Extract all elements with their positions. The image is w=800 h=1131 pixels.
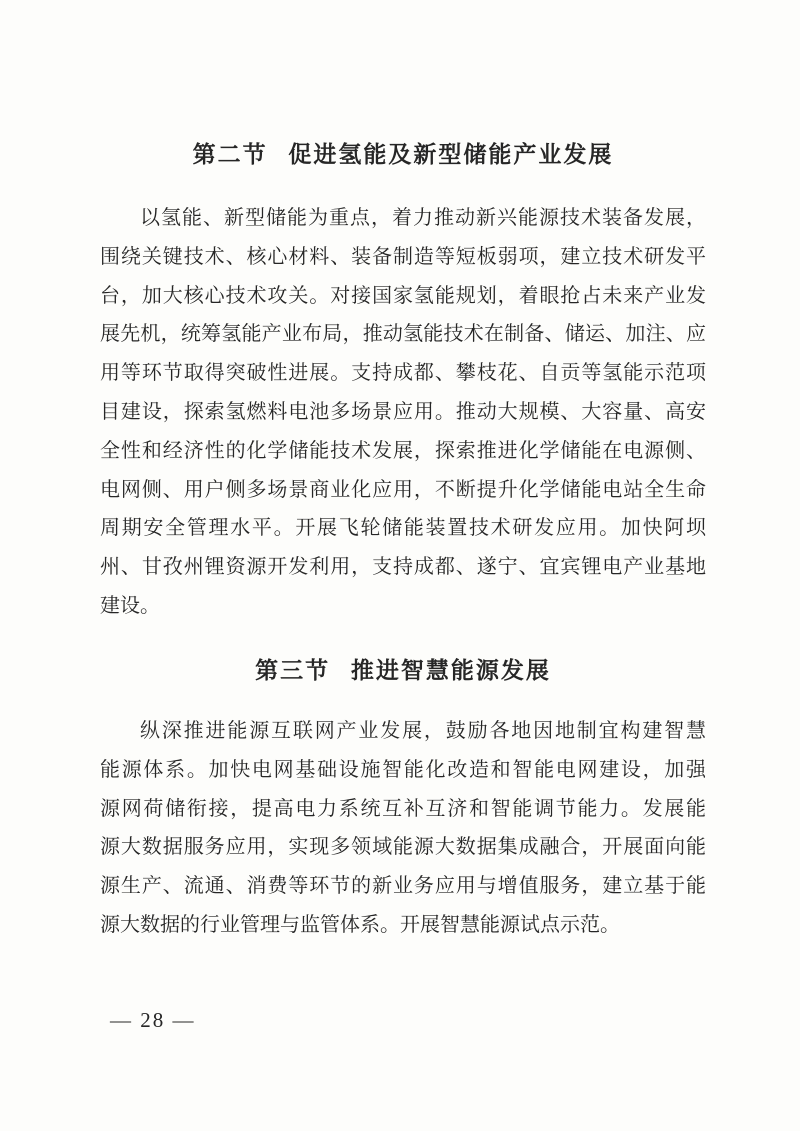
paragraph-line: 台，加大核心技术攻关。对接国家氢能规划，着眼抢占未来产业发 [100, 277, 706, 316]
paragraph-line: 源生产、流通、消费等环节的新业务应用与增值服务，建立基于能 [100, 867, 706, 906]
paragraph-line: 电网侧、用户侧多场景商业化应用，不断提升化学储能电站全生命 [100, 471, 706, 510]
paragraph-line: 源大数据的行业管理与监管体系。开展智慧能源试点示范。 [100, 906, 706, 945]
page-number: — 28 — [110, 1007, 196, 1033]
paragraph-line: 以氢能、新型储能为重点，着力推动新兴能源技术装备发展， [100, 199, 706, 238]
paragraph-line: 能源体系。加快电网基础设施智能化改造和智能电网建设，加强 [100, 751, 706, 790]
page-number-text: — 28 — [110, 1008, 196, 1032]
paragraph-line: 州、甘孜州锂资源开发利用，支持成都、遂宁、宜宾锂电产业基地 [100, 548, 706, 587]
paragraph-line: 全性和经济性的化学储能技术发展，探索推进化学储能在电源侧、 [100, 432, 706, 471]
document-page: 第二节促进氢能及新型储能产业发展 以氢能、新型储能为重点，着力推动新兴能源技术装… [0, 0, 800, 1131]
section-2-title: 促进氢能及新型储能产业发展 [288, 142, 613, 167]
section-3-title: 推进智慧能源发展 [351, 658, 551, 683]
paragraph-line: 围绕关键技术、核心材料、装备制造等短板弱项，建立技术研发平 [100, 238, 706, 277]
section-3-heading: 第三节推进智慧能源发展 [100, 656, 706, 686]
paragraph-line: 纵深推进能源互联网产业发展，鼓励各地因地制宜构建智慧 [100, 712, 706, 751]
paragraph-line: 建设。 [100, 587, 706, 626]
paragraph-line: 展先机，统筹氢能产业布局，推动氢能技术在制备、储运、加注、应 [100, 315, 706, 354]
paragraph-line: 周期安全管理水平。开展飞轮储能装置技术研发应用。加快阿坝 [100, 509, 706, 548]
paragraph-line: 用等环节取得突破性进展。支持成都、攀枝花、自贡等氢能示范项 [100, 354, 706, 393]
section-3-paragraph: 纵深推进能源互联网产业发展，鼓励各地因地制宜构建智慧 能源体系。加快电网基础设施… [100, 712, 706, 945]
section-2-paragraph: 以氢能、新型储能为重点，着力推动新兴能源技术装备发展， 围绕关键技术、核心材料、… [100, 199, 706, 626]
paragraph-line: 源大数据服务应用，实现多领域能源大数据集成融合，开展面向能 [100, 828, 706, 867]
paragraph-line: 源网荷储衔接，提高电力系统互补互济和智能调节能力。发展能 [100, 790, 706, 829]
section-2-heading: 第二节促进氢能及新型储能产业发展 [100, 140, 706, 170]
section-3-number: 第三节 [255, 658, 330, 683]
paragraph-line: 目建设，探索氢燃料电池多场景应用。推动大规模、大容量、高安 [100, 393, 706, 432]
section-2-number: 第二节 [193, 142, 268, 167]
